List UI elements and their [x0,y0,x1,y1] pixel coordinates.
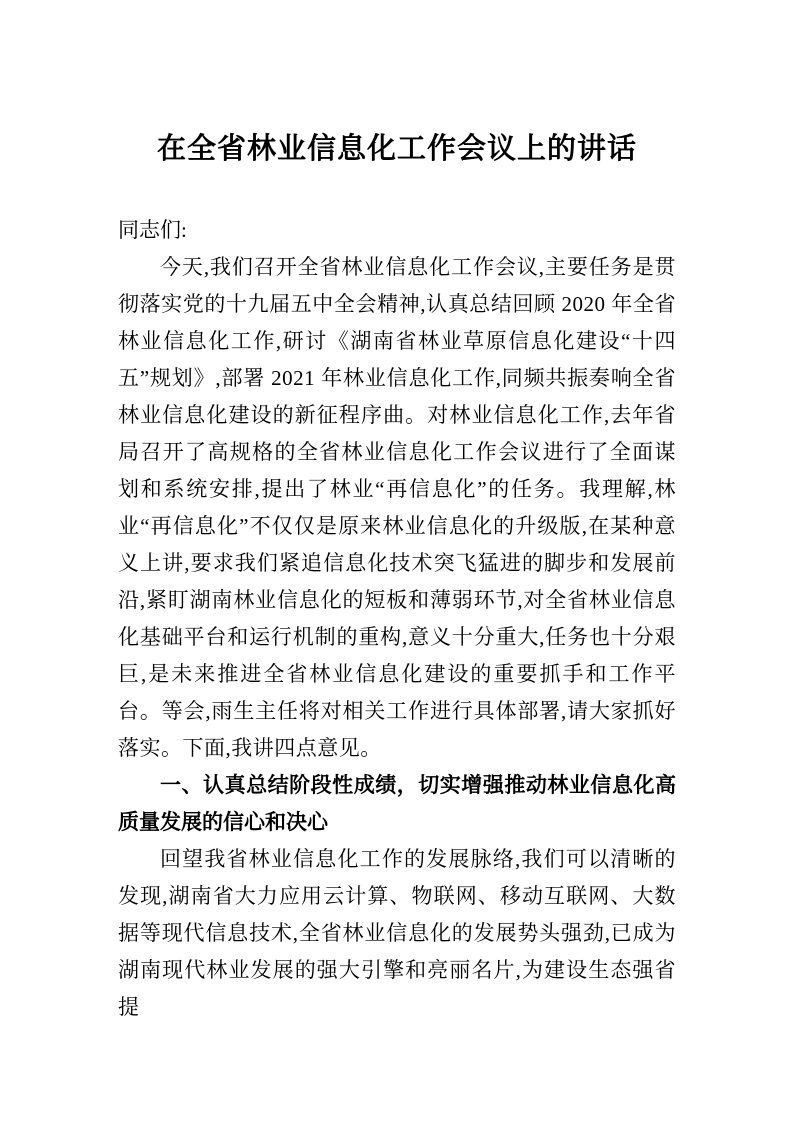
document-page: 在全省林业信息化工作会议上的讲话 同志们: 今天,我们召开全省林业信息化工作会议… [0,0,793,1122]
salutation: 同志们: [118,212,676,249]
section-heading-1: 一、认真总结阶段性成绩，切实增强推动林业信息化高质量发展的信心和决心 [118,767,676,841]
paragraph-2: 回望我省林业信息化工作的发展脉络,我们可以清晰的发现,湖南省大力应用云计算、物联… [118,841,676,1026]
document-title: 在全省林业信息化工作会议上的讲话 [118,127,676,171]
document-content: 在全省林业信息化工作会议上的讲话 同志们: 今天,我们召开全省林业信息化工作会议… [118,127,676,1026]
paragraph-1: 今天,我们召开全省林业信息化工作会议,主要任务是贯彻落实党的十九届五中全会精神,… [118,249,676,767]
